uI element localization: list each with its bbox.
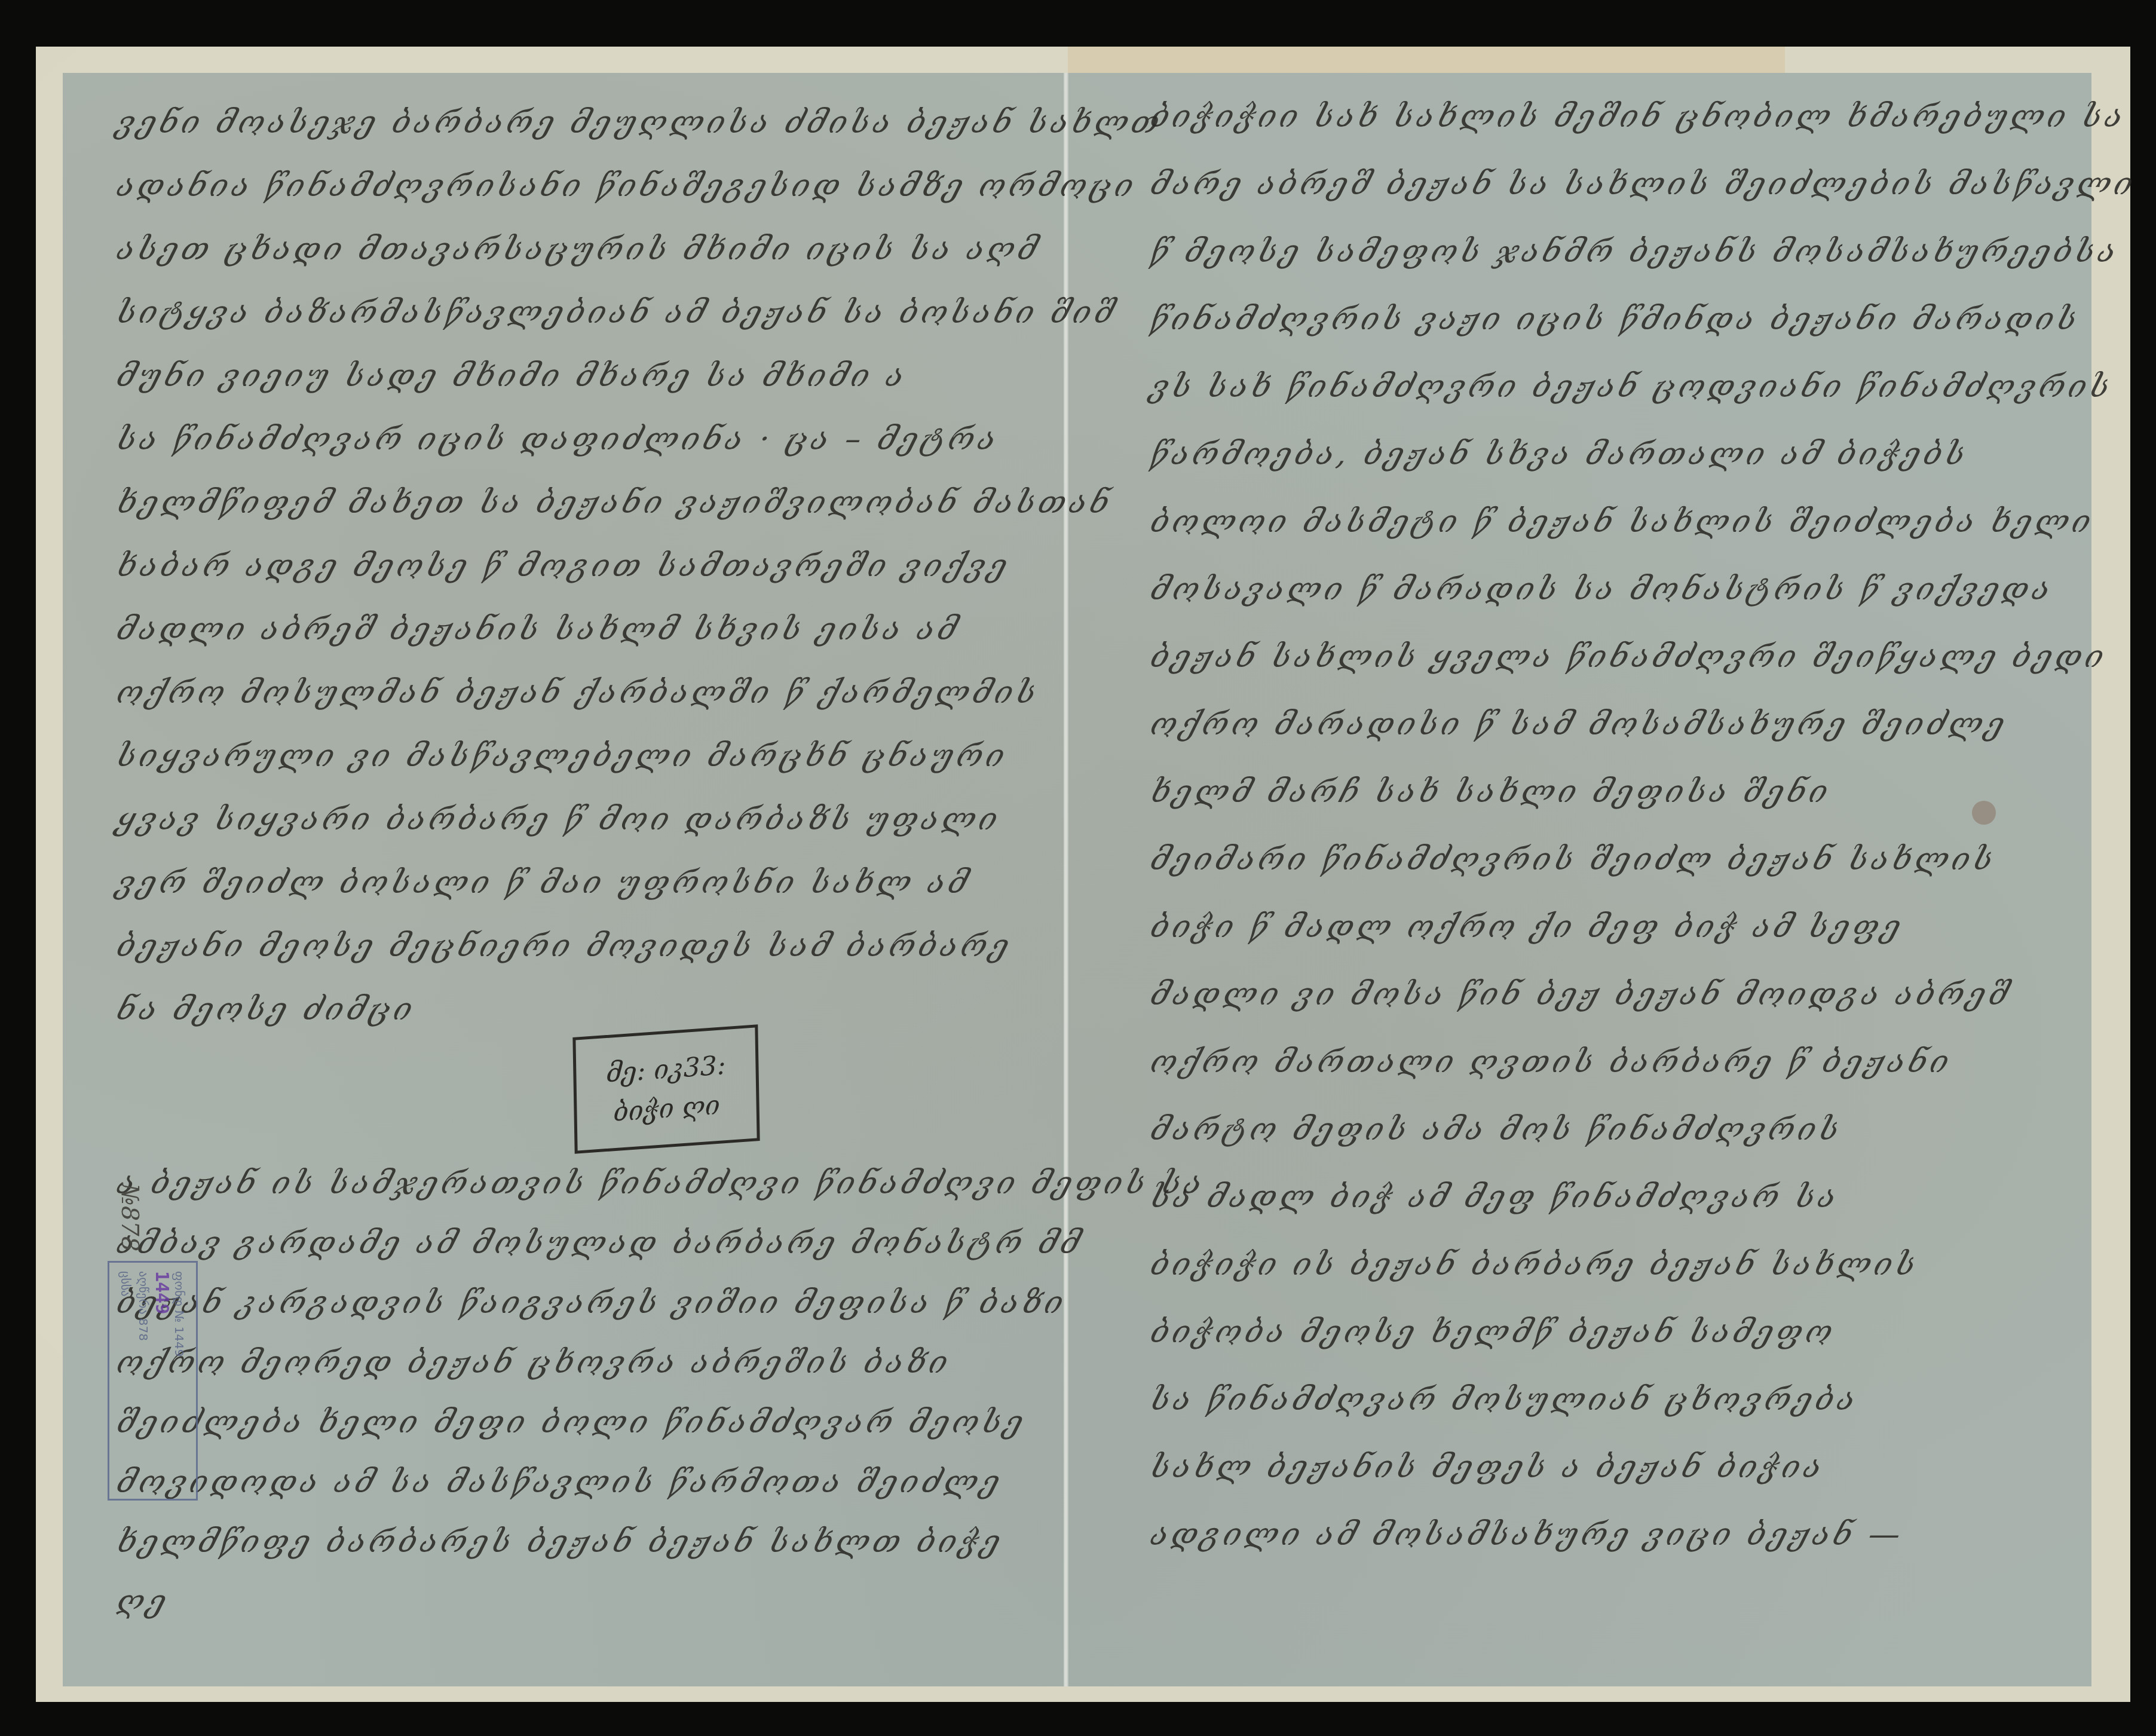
- manuscript-line: ოქრო მეორედ ბეჟან ცხოვრა აბრეშის ბაზი: [114, 1345, 955, 1380]
- manuscript-line: სა წინამძღვარ მოსულიან ცხოვრება: [1147, 1382, 1862, 1417]
- manuscript-line: შეიძლება ხელი მეფი ბოლი წინამძღვარ მეოსე: [114, 1404, 1030, 1440]
- folio-number: №878: [116, 1183, 143, 1251]
- manuscript-line: ოქრო მოსულმან ბეჟან ქარბალში წ ქარმელმის: [114, 675, 1043, 711]
- manuscript-line: მადლი ვი მოსა წინ ბეჟ ბეჟან მოიდგა აბრეშ: [1147, 976, 2015, 1012]
- manuscript-line: ხაბარ ადგე მეოსე წ მოგით სამთავრეში ვიქვ…: [114, 548, 1014, 584]
- boxed-note-line-2: ბიჭი ღი: [613, 1085, 721, 1132]
- manuscript-line: ბიჭობა მეოსე ხელმწ ბეჟან სამეფო: [1147, 1314, 1839, 1350]
- manuscript-line: ბიჭი წ მადლ ოქრო ქი მეფ ბიჭ ამ სეფე: [1147, 909, 1907, 945]
- manuscript-line: სიყვარული ვი მასწავლებელი მარცხნ ცნაური: [114, 738, 1012, 774]
- manuscript-line: ბოლოი მასმეტი წ ბეჟან სახლის შეიძლება ხე…: [1147, 504, 2097, 540]
- manuscript-line: ვერ შეიძლ ბოსალი წ მაი უფროსნი სახლ ამ: [114, 865, 975, 901]
- manuscript-line: მადლი აბრეშ ბეჟანის სახლმ სხვის ეისა ამ: [114, 611, 964, 647]
- manuscript-line: სიტყვა ბაზარმასწავლებიან ამ ბეჟან სა ბოს…: [114, 295, 1121, 330]
- ink-stain: [1972, 801, 1996, 825]
- manuscript-line: სახლ ბეჟანის მეფეს ა ბეჟან ბიჭია: [1147, 1449, 1829, 1485]
- manuscript-line: მეიმარი წინამძღვრის შეიძლ ბეჟან სახლის: [1147, 841, 2000, 877]
- manuscript-line: ნა მეოსე ძიმცი: [114, 991, 419, 1027]
- manuscript-line: ოქრო მარადისი წ სამ მოსამსახურე შეიძლე: [1147, 706, 2011, 742]
- manuscript-line: ღე: [114, 1584, 173, 1619]
- manuscript-line: ხელმწიფე ბარბარეს ბეჟან ბეჟან სახლთ ბიჭე: [114, 1524, 1007, 1560]
- manuscript-line: მუნი ვიეიუ სადე მხიმი მხარე სა მხიმი ა: [114, 358, 911, 394]
- manuscript-line: ადგილი ამ მოსამსახურე ვიცი ბეჟან —: [1147, 1517, 1907, 1553]
- manuscript-line: ბეჟანი მეოსე მეცნიერი მოვიდეს სამ ბარბარ…: [114, 928, 1016, 964]
- manuscript-line: ხელმ მარჩ სახ სახლი მეფისა შენი: [1147, 774, 1835, 810]
- stamp-line-2: აღწერა 878: [135, 1271, 153, 1499]
- archive-stamp: ფონდ № 1449 1449 აღწერა 878 ცსსა: [108, 1261, 198, 1501]
- stamp-number: 1449: [153, 1271, 171, 1499]
- stamp-line-1: ფონდ № 1449: [171, 1271, 189, 1499]
- manuscript-line: ყვავ სიყვარი ბარბარე წ მოი დარბაზს უფალი: [114, 801, 1004, 837]
- manuscript-line: ბეჟან კარგადვის წაიგვარეს ვიშიი მეფისა წ…: [114, 1285, 1070, 1321]
- manuscript-line: ვს სახ წინამძღვრი ბეჟან ცოდვიანი წინამძღ…: [1147, 369, 2117, 405]
- stamp-line-4: ცსსა: [117, 1271, 135, 1499]
- manuscript-line: წარმოება, ბეჟან სხვა მართალი ამ ბიჭებს: [1147, 436, 1972, 472]
- manuscript-line: ამბავ გარდამე ამ მოსულად ბარბარე მონასტრ…: [114, 1225, 1087, 1261]
- manuscript-line: მოსავალი წ მარადის სა მონასტრის წ ვიქვედ…: [1147, 571, 2057, 607]
- manuscript-line: ა ბეჟან ის სამჯერათვის წინამძღვი წინამძღ…: [114, 1165, 1209, 1201]
- manuscript-line: მოვიდოდა ამ სა მასწავლის წარმოთა შეიძლე: [114, 1464, 1006, 1500]
- manuscript-line: მარე აბრეშ ბეჟან სა სახლის შეიძლების მას…: [1147, 166, 2140, 202]
- manuscript-line: სა წინამძღვარ იცის დაფიძლინა · ცა – მეტრ…: [114, 421, 1003, 457]
- manuscript-line: ბიჭიჭი ის ბეჟან ბარბარე ბეჟან სახლის: [1147, 1247, 1922, 1282]
- mount-discoloration: [1068, 47, 1785, 75]
- manuscript-line: მარტო მეფის ამა მოს წინამძღვრის: [1147, 1112, 1846, 1147]
- manuscript-line: წ მეოსე სამეფოს ჯანმრ ბეჟანს მოსამსახურე…: [1147, 234, 2123, 270]
- boxed-date-note: მე: იკ33: ბიჭი ღი: [572, 1024, 759, 1153]
- manuscript-line: სა მადლ ბიჭ ამ მეფ წინამძღვარ სა: [1147, 1179, 1843, 1215]
- manuscript-line: ასეთ ცხადი მთავარსაცურის მხიმი იცის სა ა…: [114, 231, 1044, 267]
- manuscript-line: ხელმწიფემ მახეთ სა ბეჟანი ვაჟიშვილობან მ…: [114, 485, 1116, 521]
- manuscript-line: ოქრო მართალი ღვთის ბარბარე წ ბეჟანი: [1147, 1044, 1956, 1080]
- manuscript-line: ადანია წინამძღვრისანი წინაშეგესიდ სამზე …: [114, 168, 1140, 204]
- manuscript-line: წინამძღვრის ვაჟი იცის წმინდა ბეჟანი მარა…: [1147, 301, 2084, 337]
- manuscript-line: ბიჭიჭიი სახ სახლის მეშინ ცნობილ ხმარებულ…: [1147, 99, 2130, 134]
- manuscript-line: ვენი მოასეჯე ბარბარე მეუღლისა ძმისა ბეჟა…: [114, 105, 1166, 140]
- manuscript-line: ბეჟან სახლის ყველა წინამძღვრი შეიწყალე ბ…: [1147, 639, 2111, 675]
